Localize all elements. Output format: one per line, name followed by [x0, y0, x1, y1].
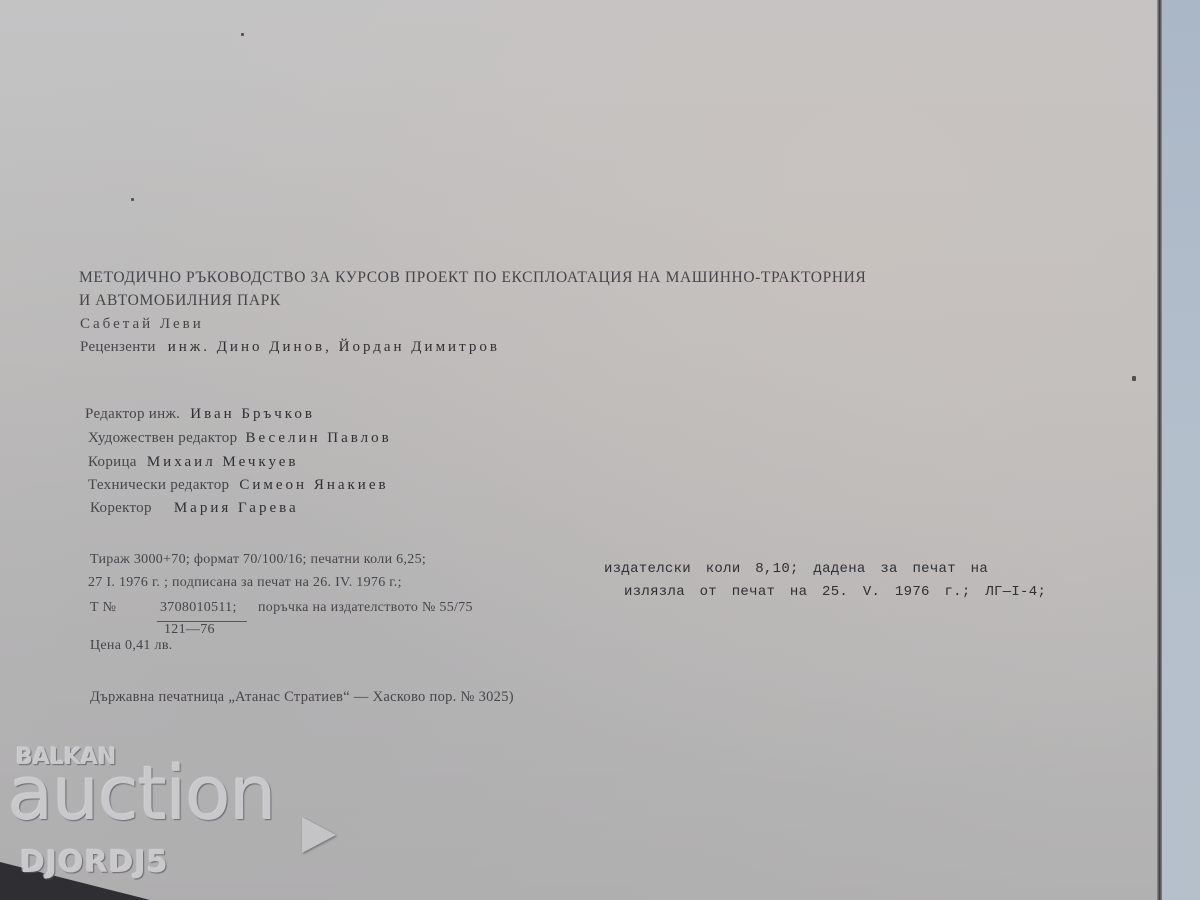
- imprint-line-1b: издателски коли 8,10; дадена за печат на: [604, 561, 988, 577]
- title-text-2: И АВТОМОБИЛНИЯ ПАРК: [79, 292, 281, 309]
- imprint-text: 27 I. 1976 г. ; подписана за печат на 26…: [88, 575, 402, 590]
- credit-name: Веселин Павлов: [245, 430, 391, 446]
- imprint-denominator-text: 121—76: [164, 622, 215, 637]
- title-line-1: МЕТОДИЧНО РЪКОВОДСТВО ЗА КУРСОВ ПРОЕКТ П…: [79, 269, 866, 287]
- credit-role: Корица: [88, 454, 137, 470]
- play-arrow-icon: [302, 817, 336, 853]
- watermark-main-text: auction: [8, 751, 276, 837]
- watermark-bottom-text: DJORDJ5: [20, 845, 169, 880]
- ink-speck: [241, 33, 244, 36]
- credit-name: Михаил Мечкуев: [147, 454, 299, 470]
- reviewers-value: инж. Дино Динов, Йордан Димитров: [168, 339, 500, 355]
- credit-art-editor: Художествен редактор Веселин Павлов: [88, 430, 392, 447]
- imprint-order: поръчка на издателството № 55/75: [258, 600, 473, 616]
- ink-speck: [131, 198, 134, 201]
- imprint-line-1a: Тираж 3000+70; формат 70/100/16; печатни…: [90, 552, 426, 568]
- price-text: Цена 0,41 лв.: [90, 638, 173, 653]
- credit-name: Иван Бръчков: [190, 406, 315, 422]
- imprint-text: издателски коли 8,10; дадена за печат на: [604, 561, 988, 577]
- ink-speck: [1132, 376, 1136, 381]
- credit-proofreader: Коректор Мария Гарева: [90, 500, 299, 517]
- imprint-number: 3708010511;: [160, 600, 237, 616]
- credit-editor: Редактор инж. Иван Бръчков: [85, 406, 315, 423]
- background-surface: [1162, 0, 1200, 900]
- credit-tech-editor: Технически редактор Симеон Янакиев: [88, 477, 389, 494]
- imprint-text: излязла от печат на 25. V. 1976 г.; ЛГ—I…: [624, 584, 1046, 600]
- author-name: Сабетай Леви: [80, 316, 204, 332]
- title-line-2: И АВТОМОБИЛНИЯ ПАРК: [79, 292, 281, 310]
- imprint-line-3: Т № 3708010511; поръчка на издателството…: [90, 600, 116, 616]
- imprint-number-label: Т №: [90, 600, 116, 615]
- credit-role: Коректор: [90, 500, 152, 516]
- imprint-line-2a: 27 I. 1976 г. ; подписана за печат на 26…: [88, 575, 402, 591]
- reviewers-label: Рецензенти: [80, 339, 156, 355]
- credit-role: Технически редактор: [88, 477, 229, 493]
- imprint-line-2b: излязла от печат на 25. V. 1976 г.; ЛГ—I…: [624, 584, 1046, 600]
- credit-name: Мария Гарева: [174, 500, 299, 516]
- author: Сабетай Леви: [80, 316, 204, 333]
- price: Цена 0,41 лв.: [90, 638, 173, 654]
- imprint-denominator: 121—76: [164, 622, 215, 638]
- imprint-text: Тираж 3000+70; формат 70/100/16; печатни…: [90, 552, 426, 567]
- reviewers: Рецензенти инж. Дино Динов, Йордан Димит…: [80, 339, 500, 356]
- title-text-1: МЕТОДИЧНО РЪКОВОДСТВО ЗА КУРСОВ ПРОЕКТ П…: [79, 269, 866, 286]
- credit-role: Художествен редактор: [88, 430, 237, 446]
- credit-role: Редактор инж.: [85, 406, 180, 422]
- credit-cover: Корица Михаил Мечкуев: [88, 454, 299, 471]
- printer-text: Държавна печатница „Атанас Стратиев“ — Х…: [90, 689, 514, 705]
- printer: Държавна печатница „Атанас Стратиев“ — Х…: [90, 689, 514, 706]
- credit-name: Симеон Янакиев: [239, 477, 388, 493]
